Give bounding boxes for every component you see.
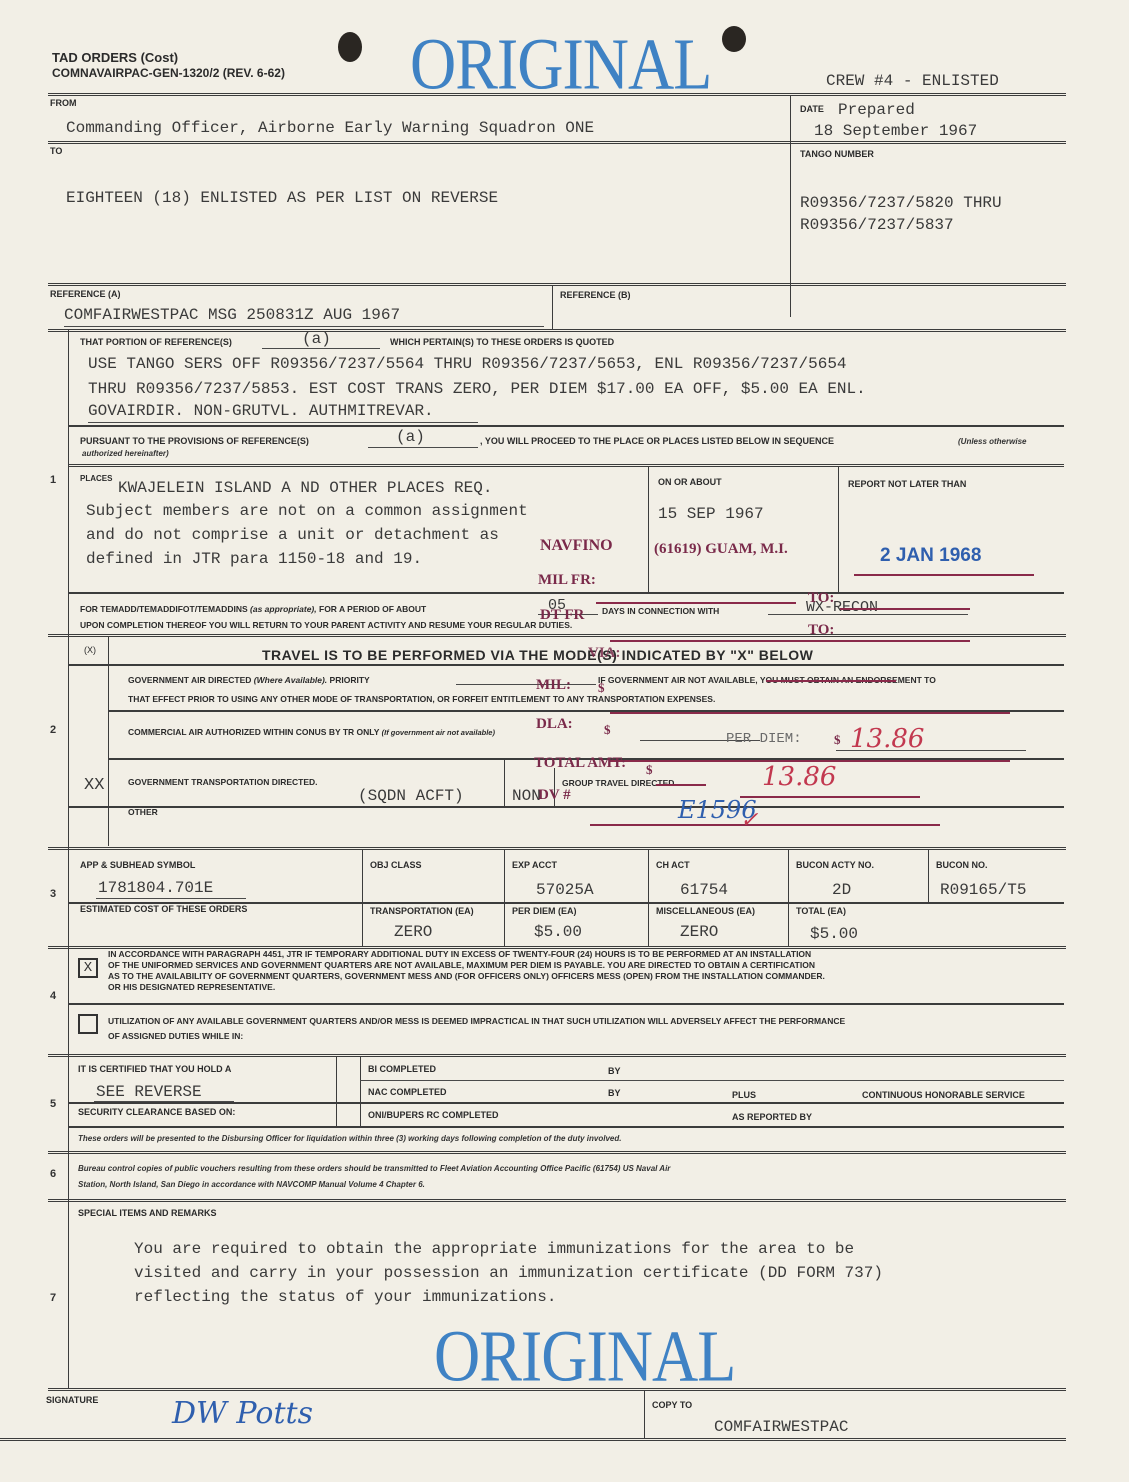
impractical-text-line1: UTILIZATION OF ANY AVAILABLE GOVERNMENT … <box>108 1016 845 1026</box>
copy-to-label: COPY TO <box>652 1400 692 1410</box>
ch-act-value: 61754 <box>680 881 728 899</box>
x-column-label: (X) <box>84 645 96 655</box>
places-line4: defined in JTR para 1150-18 and 19. <box>86 550 422 568</box>
date-prepared: Prepared <box>838 101 915 119</box>
on-or-about-value: 15 SEP 1967 <box>658 505 764 523</box>
transportation-label: TRANSPORTATION (ea) <box>370 906 474 916</box>
row-number-7: 7 <box>50 1292 56 1304</box>
pursuant-ref: (a) <box>396 428 425 446</box>
original-stamp-bottom: ORIGINAL <box>434 1314 735 1399</box>
other-label: OTHER <box>128 807 158 817</box>
row-number-3: 3 <box>50 888 56 900</box>
row-number-4: 4 <box>50 990 56 1002</box>
gov-trans-mark: XX <box>84 776 104 795</box>
app-subhead-label: APP & SUBHEAD SYMBOL <box>80 860 195 870</box>
on-or-about-label: ON OR ABOUT <box>658 477 722 487</box>
reference-a-value: COMFAIRWESTPAC MSG 250831Z AUG 1967 <box>64 306 400 324</box>
from-value: Commanding Officer, Airborne Early Warni… <box>66 119 594 137</box>
row-number-1: 1 <box>50 474 56 486</box>
reference-a-label: REFERENCE (a) <box>50 289 121 299</box>
row-number-6: 6 <box>50 1168 56 1180</box>
obj-class-label: OBJ CLASS <box>370 860 422 870</box>
quoted-label-pre: THAT PORTION OF REFERENCE(S) <box>80 337 232 347</box>
row-number-2: 2 <box>50 724 56 736</box>
continuous-service-label: CONTINUOUS HONORABLE SERVICE <box>862 1090 1025 1100</box>
to-value: EIGHTEEN (18) ENLISTED AS PER LIST ON RE… <box>66 189 498 207</box>
app-subhead-value: 1781804.701E <box>98 879 213 897</box>
exp-acct-label: EXP ACCT <box>512 860 557 870</box>
bi-completed-label: BI COMPLETED <box>368 1064 436 1074</box>
bureau-control-line2: Station, North Island, San Diego in acco… <box>78 1180 425 1189</box>
navfino-location-stamp: (61619) GUAM, M.I. <box>654 541 788 558</box>
received-date-stamp: 2 JAN 1968 <box>880 545 981 567</box>
from-label: FROM <box>50 98 77 108</box>
punch-hole-left <box>338 32 362 62</box>
dla-stamp: DLA: <box>536 716 573 733</box>
bucon-acty-label: BUCON ACTY NO. <box>796 860 874 870</box>
places-label: PLACES <box>80 474 112 483</box>
nac-completed-label: NAC COMPLETED <box>368 1087 447 1097</box>
punch-hole-right <box>722 26 746 52</box>
dv-number-stamp: DV # <box>538 787 571 804</box>
clearance-label: SECURITY CLEARANCE BASED ON: <box>78 1107 235 1117</box>
form-title: TAD ORDERS (Cost) <box>52 50 178 65</box>
to-label: TO <box>50 146 62 156</box>
miscellaneous-value: ZERO <box>680 923 718 941</box>
commercial-label: COMMERCIAL AIR AUTHORIZED WITHIN CONUS B… <box>128 727 495 737</box>
miscellaneous-label: MISCELLANEOUS (ea) <box>656 906 755 916</box>
gov-air-text: GOVERNMENT AIR DIRECTED <box>128 675 251 685</box>
places-line3: and do not comprise a unit or detachment… <box>86 526 499 544</box>
navfino-stamp: NAVFINO <box>540 537 613 555</box>
return-text: UPON COMPLETION THEREOF YOU WILL RETURN … <box>80 620 572 630</box>
remarks-line1: You are required to obtain the appropria… <box>134 1240 854 1258</box>
total-cost-label: TOTAL (ea) <box>796 906 846 916</box>
gov-air-note: (Where Available). <box>254 675 327 685</box>
date-label: DATE <box>800 104 824 114</box>
quarters-text-line1: IN ACCORDANCE WITH PARAGRAPH 4451, JTR I… <box>108 949 811 959</box>
gov-trans-value: (SQDN ACFT) <box>358 787 464 805</box>
commercial-note: (If government air not available) <box>382 728 495 737</box>
tango-line1: R09356/7237/5820 THRU <box>800 194 1002 212</box>
commercial-text: COMMERCIAL AIR AUTHORIZED WITHIN CONUS B… <box>128 727 379 737</box>
per-diem-currency-stamp: $ <box>834 732 841 748</box>
bureau-control-line1: Bureau control copies of public vouchers… <box>78 1164 670 1173</box>
signature-label: SIGNATURE <box>46 1395 98 1405</box>
signature-value: DW Potts <box>172 1396 313 1431</box>
ch-act-label: CH ACT <box>656 860 690 870</box>
gov-air-line2: THAT EFFECT PRIOR TO USING ANY OTHER MOD… <box>128 694 715 704</box>
remarks-line2: visited and carry in your possession an … <box>134 1264 883 1282</box>
as-reported-by-label: AS REPORTED BY <box>732 1112 812 1122</box>
tango-label: TANGO NUMBER <box>800 149 874 159</box>
impractical-utilization-checkbox[interactable] <box>78 1014 98 1034</box>
group-prefix: NON <box>512 787 541 805</box>
crew-label: CREW #4 - ENLISTED <box>826 72 999 90</box>
by-label-2: BY <box>608 1088 621 1098</box>
gov-air-label: GOVERNMENT AIR DIRECTED (Where Available… <box>128 675 370 685</box>
quarters-text-line2: OF THE UNIFORMED SERVICES AND GOVERNMENT… <box>108 960 815 970</box>
period-post: DAYS IN CONNECTION WITH <box>602 606 719 616</box>
mil-amount-stamp: $ <box>598 680 605 696</box>
per-diem-cost-value: $5.00 <box>534 923 582 941</box>
quoted-line2: THRU R09356/7237/5853. EST COST TRANS ZE… <box>88 380 866 398</box>
travel-header: TRAVEL IS TO BE PERFORMED VIA THE MODE(S… <box>262 647 813 663</box>
tango-line2: R09356/7237/5837 <box>800 216 954 234</box>
pursuant-note2: authorized hereinafter) <box>82 449 169 458</box>
places-line1: KWAJELEIN ISLAND A ND OTHER PLACES REQ. <box>118 479 492 497</box>
certified-label: IT IS CERTIFIED THAT YOU HOLD A <box>78 1064 231 1074</box>
reference-b-label: REFERENCE (b) <box>560 290 631 300</box>
pursuant-label-pre: PURSUANT TO THE PROVISIONS OF REFERENCE(… <box>80 436 309 446</box>
per-diem-cost-label: PER DIEM (ea) <box>512 906 577 916</box>
by-label-1: BY <box>608 1066 621 1076</box>
total-cost-value: $5.00 <box>810 925 858 943</box>
pursuant-label-post: , YOU WILL PROCEED TO THE PLACE OR PLACE… <box>480 436 834 446</box>
quarters-text-line4: OR HIS DESIGNATED REPRESENTATIVE. <box>108 982 275 992</box>
quoted-label-post: WHICH PERTAIN(S) TO THESE ORDERS IS QUOT… <box>390 337 614 347</box>
transportation-value: ZERO <box>394 923 432 941</box>
estimated-cost-label: ESTIMATED COST OF THESE ORDERS <box>80 904 247 914</box>
period-note: (as appropriate), <box>250 604 317 614</box>
quarters-text-line3: AS TO THE AVAILABILITY OF GOVERNMENT QUA… <box>108 971 825 981</box>
places-line2: Subject members are not on a common assi… <box>86 502 528 520</box>
mil-fr-stamp: MIL FR: <box>538 572 596 589</box>
group-travel-label: GROUP TRAVEL DIRECTED. <box>562 778 677 788</box>
dt-fr-stamp: DT FR <box>540 607 584 624</box>
period-text-pre: FOR TEMADD/TEMADDIFOT/TEMADDINS (as appr… <box>80 604 426 614</box>
form-number: COMNAVAIRPAC-GEN-1320/2 (REV. 6-62) <box>52 66 285 80</box>
mil-stamp: MIL: <box>536 677 571 694</box>
impractical-text-line2: OF ASSIGNED DUTIES WHILE IN: <box>108 1031 243 1041</box>
report-not-later-label: REPORT NOT LATER THAN <box>848 479 966 489</box>
oni-bupers-label: ONI/BUPERS RC COMPLETED <box>368 1110 499 1120</box>
date-value: 18 September 1967 <box>814 122 977 140</box>
disbursing-note: These orders will be presented to the Di… <box>78 1134 621 1143</box>
total-amt-stamp: TOTAL AMT: <box>534 755 626 772</box>
certified-value: SEE REVERSE <box>96 1083 202 1101</box>
to-stamp-2: TO: <box>808 622 834 639</box>
to-stamp-1: TO: <box>808 590 834 607</box>
quoted-ref: (a) <box>302 330 331 348</box>
check-mark-handwritten: ✓ <box>740 808 758 833</box>
special-remarks-label: SPECIAL ITEMS AND REMARKS <box>78 1208 217 1218</box>
bucon-no-value: R09165/T5 <box>940 881 1026 899</box>
period-mid: FOR A PERIOD OF ABOUT <box>319 604 426 614</box>
row-number-5: 5 <box>50 1098 56 1110</box>
pursuant-note1: (Unless otherwise <box>958 437 1026 446</box>
gov-trans-label: GOVERNMENT TRANSPORTATION DIRECTED. <box>128 777 318 787</box>
copy-to-value: COMFAIRWESTPAC <box>714 1418 848 1436</box>
remarks-line3: reflecting the status of your immunizati… <box>134 1288 556 1306</box>
plus-label: PLUS <box>732 1090 756 1100</box>
total-amount-handwritten: 13.86 <box>762 762 836 792</box>
dla-amount-stamp: $ <box>604 722 611 738</box>
per-diem-handwritten: 13.86 <box>850 724 924 754</box>
quoted-line1: USE TANGO SERS OFF R09356/7237/5564 THRU… <box>88 355 847 373</box>
period-pre: FOR TEMADD/TEMADDIFOT/TEMADDINS <box>80 604 248 614</box>
total-amt-currency-stamp: $ <box>646 762 653 778</box>
per-diem-stamp: PER DIEM: <box>726 731 802 747</box>
exp-acct-value: 57025A <box>536 881 594 899</box>
quoted-line3: GOVAIRDIR. NON-GRUTVL. AUTHMITREVAR. <box>88 402 434 420</box>
bucon-acty-value: 2D <box>832 881 851 899</box>
gov-air-priority: PRIORITY <box>330 675 370 685</box>
quarters-certification-checkbox[interactable]: X <box>78 958 98 978</box>
via-stamp: VIA: <box>588 645 621 662</box>
bucon-no-label: BUCON NO. <box>936 860 988 870</box>
